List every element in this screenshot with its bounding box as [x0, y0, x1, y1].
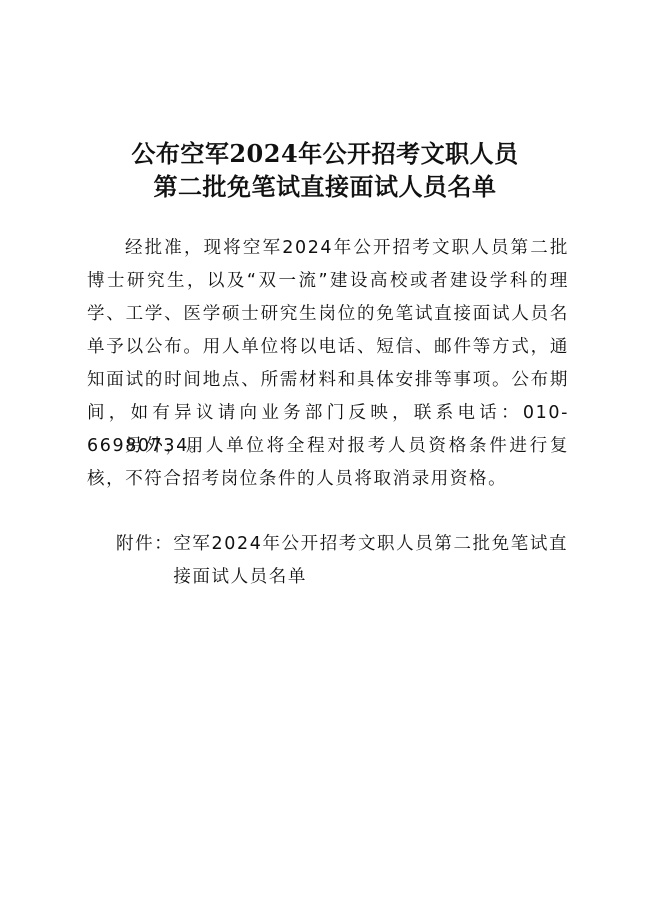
attachment-line: 附件： 空军2024年公开招考文职人员第二批免笔试直接面试人员名单: [116, 528, 571, 594]
attachment-link[interactable]: 空军2024年公开招考文职人员第二批免笔试直接面试人员名单: [173, 528, 571, 594]
review-notice-paragraph: 另外，用人单位将全程对报考人员资格条件进行复核，不符合招考岗位条件的人员将取消录…: [87, 430, 569, 496]
document-title-line-2: 第二批免笔试直接面试人员名单: [0, 170, 650, 204]
document-title-line-1: 公布空军2024年公开招考文职人员: [0, 137, 650, 171]
attachment-label: 附件：: [116, 528, 173, 594]
announcement-paragraph: 经批准，现将空军2024年公开招考文职人员第二批博士研究生，以及“双一流”建设高…: [87, 232, 569, 463]
